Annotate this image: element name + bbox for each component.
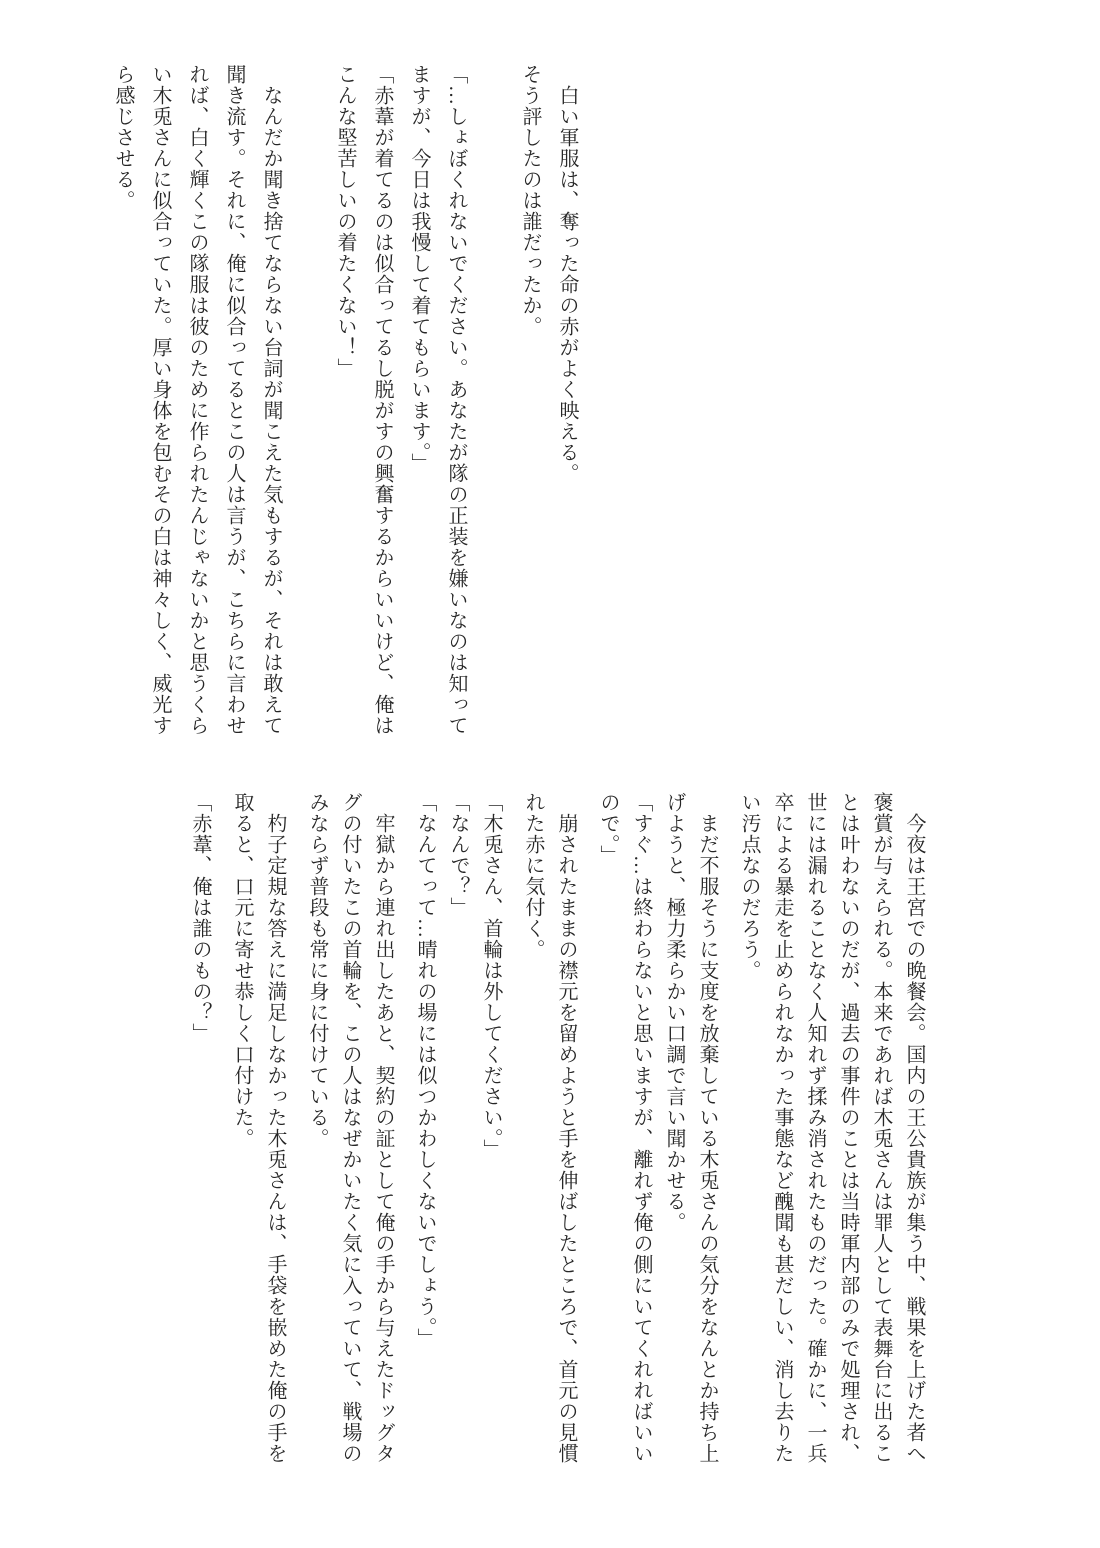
text-line: 今夜は王宮での晩餐会。国内の王公貴族が集う中、戦果を上げた者へ	[897, 792, 930, 1498]
text-line: 褒賞が与えられる。本来であれば木兎さんは罪人として表舞台に出るこ	[864, 792, 897, 1498]
text-line: そう評したのは誰だったか。	[511, 64, 548, 770]
text-line: れた赤に気付く。	[516, 792, 549, 1498]
text-line: 卒による暴走を止められなかった事態など醜聞も甚だしい、消し去りた	[765, 792, 798, 1498]
paragraph: 「木兎さん、首輪は外してください。」 「なんで？」 「なんてって…晴れの場には似…	[408, 792, 507, 1498]
text-line: 「…しょぼくれないでください。あなたが隊の正装を嫌いなのは知って	[437, 64, 474, 770]
paragraph: 「赤葦、俺は誰のもの？」	[183, 792, 216, 1498]
top-text-block: 白い軍服は、奪った命の赤がよく映える。 そう評したのは誰だったか。 「…しょぼく…	[104, 64, 585, 770]
text-line: げようと、極力柔らかい口調で言い聞かせる。	[657, 792, 690, 1498]
text-line: れば、白く輝くこの隊服は彼のために作られたんじゃないかと思うくら	[178, 64, 215, 770]
text-line: い汚点なのだろう。	[732, 792, 765, 1498]
text-line: 「赤葦が着てるのは似合ってるし脱がすの興奮するからいいけど、俺は	[363, 64, 400, 770]
text-line: 杓子定規な答えに満足しなかった木兎さんは、手袋を嵌めた俺の手を	[258, 792, 291, 1498]
text-line: なんだか聞き捨てならない台詞が聞こえた気もするが、それは敢えて	[252, 64, 289, 770]
text-line: 取ると、口元に寄せ恭しく口付けた。	[225, 792, 258, 1498]
text-line: こんな堅苦しいの着たくない！」	[326, 64, 363, 770]
text-line: みならず普段も常に身に付けている。	[300, 792, 333, 1498]
text-line: 「なんで？」	[441, 792, 474, 1498]
text-line: ますが、今日は我慢して着てもらいます。」	[400, 64, 437, 770]
text-line: とは叶わないのだが、過去の事件のことは当時軍内部のみで処理され、	[831, 792, 864, 1498]
text-line: グの付いたこの首輪を、この人はなぜかいたく気に入っていて、戦場の	[333, 792, 366, 1498]
text-line: 白い軍服は、奪った命の赤がよく映える。	[548, 64, 585, 770]
text-line: 牢獄から連れ出したあと、契約の証として俺の手から与えたドッグタ	[366, 792, 399, 1498]
paragraph: 「…しょぼくれないでください。あなたが隊の正装を嫌いなのは知って ますが、今日は…	[326, 64, 474, 770]
text-line: 聞き流す。それに、俺に似合ってるとこの人は言うが、こちらに言わせ	[215, 64, 252, 770]
paragraph: 牢獄から連れ出したあと、契約の証として俺の手から与えたドッグタ グの付いたこの首…	[300, 792, 399, 1498]
text-line: 「なんてって…晴れの場には似つかわしくないでしょう。」	[408, 792, 441, 1498]
paragraph: なんだか聞き捨てならない台詞が聞こえた気もするが、それは敢えて 聞き流す。それに…	[104, 64, 289, 770]
text-line: ら感じさせる。	[104, 64, 141, 770]
text-line: ので。」	[591, 792, 624, 1498]
paragraph: 白い軍服は、奪った命の赤がよく映える。 そう評したのは誰だったか。	[511, 64, 585, 770]
paragraph: 杓子定規な答えに満足しなかった木兎さんは、手袋を嵌めた俺の手を 取ると、口元に寄…	[225, 792, 291, 1498]
paragraph: 崩されたままの襟元を留めようと手を伸ばしたところで、首元の見慣 れた赤に気付く。	[516, 792, 582, 1498]
text-line: 「すぐ…は終わらないと思いますが、離れず俺の側にいてくれればいい	[624, 792, 657, 1498]
text-line: 崩されたままの襟元を留めようと手を伸ばしたところで、首元の見慣	[549, 792, 582, 1498]
novel-page: 白い軍服は、奪った命の赤がよく映える。 そう評したのは誰だったか。 「…しょぼく…	[0, 0, 1100, 1548]
text-line: 「赤葦、俺は誰のもの？」	[183, 792, 216, 1498]
text-line: い木兎さんに似合っていた。厚い身体を包むその白は神々しく、威光す	[141, 64, 178, 770]
text-line: 「木兎さん、首輪は外してください。」	[474, 792, 507, 1498]
text-line: まだ不服そうに支度を放棄している木兎さんの気分をなんとか持ち上	[690, 792, 723, 1498]
paragraph: 今夜は王宮での晩餐会。国内の王公貴族が集う中、戦果を上げた者へ 褒賞が与えられる…	[732, 792, 930, 1498]
bottom-text-block: 今夜は王宮での晩餐会。国内の王公貴族が集う中、戦果を上げた者へ 褒賞が与えられる…	[183, 792, 930, 1498]
paragraph: まだ不服そうに支度を放棄している木兎さんの気分をなんとか持ち上 げようと、極力柔…	[591, 792, 723, 1498]
text-line: 世には漏れることなく人知れず揉み消されたものだった。確かに、一兵	[798, 792, 831, 1498]
